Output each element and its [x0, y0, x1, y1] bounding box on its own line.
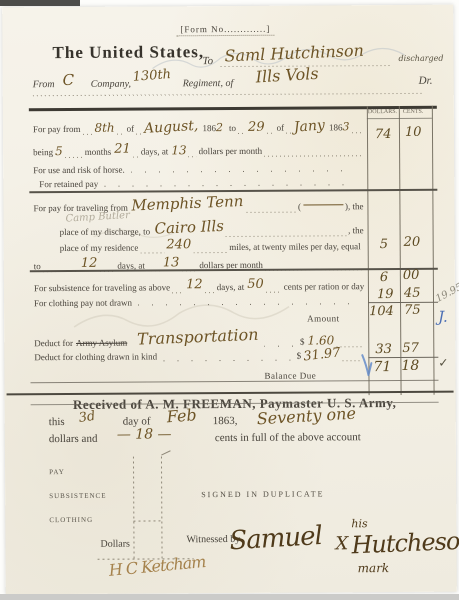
printed-text: being — [33, 147, 53, 157]
footer-dollars-label: Dollars — [100, 539, 130, 550]
struck-army-asylum: Army Asylum — [76, 338, 127, 348]
printed-text: For retained pay — [39, 179, 98, 189]
dotted-leader — [133, 150, 139, 158]
amount-pay-cents: 10 — [405, 125, 422, 140]
dotted-leader — [189, 149, 197, 157]
regiment-value: 130th — [132, 67, 171, 85]
signed-in-duplicate-label: Signed in Duplicate — [201, 489, 324, 499]
printed-text: of — [127, 124, 135, 134]
ledger-box-line-left — [133, 457, 135, 559]
payee-signature-last: Hutcheson — [351, 526, 459, 559]
this-label: this — [49, 416, 65, 428]
travel-line-2: place of my discharge, to Cairo Ills , t… — [60, 219, 364, 239]
handwritten-days: 12 — [186, 277, 203, 292]
handwritten-cents-rate: 50 — [247, 277, 264, 292]
dotted-leader — [205, 285, 215, 293]
dotted-leader — [351, 125, 361, 133]
amount-pay-dollars: 74 — [375, 127, 392, 142]
handwritten-month: Feb — [166, 405, 197, 426]
document-title: The United States, — [52, 42, 204, 63]
handwritten-miles: 240 — [166, 237, 191, 252]
amount-balance-cents: 18 — [401, 358, 419, 374]
printed-paren-open: ( — [298, 202, 301, 212]
cents-column-header: Cents. — [403, 109, 424, 115]
dotted-leader — [267, 126, 275, 134]
handwritten-rate: 13 — [171, 143, 186, 157]
amount-deductions-cents: 57 — [402, 341, 419, 356]
printed-text: dollars per month — [199, 146, 263, 156]
company-label: Company, — [91, 79, 131, 90]
footer-subsistence-label: Subsistence — [49, 492, 106, 500]
his-mark-mark: mark — [358, 561, 390, 575]
scan-artifact-top-bar — [0, 0, 80, 6]
handwritten-amount: 31.97 — [302, 345, 341, 364]
from-line-underline — [33, 93, 423, 96]
dollars-and-label: dollars and — [49, 433, 98, 445]
dotted-leader — [238, 126, 246, 134]
to-label: To — [203, 55, 214, 67]
dollar-sign: $ — [297, 351, 302, 361]
printed-text: For clothing pay not drawn — [34, 298, 132, 309]
handwritten-cents-value: — 18 — — [117, 426, 172, 442]
year-label: 1863, — [213, 415, 238, 427]
handwritten-transportation: Transportation — [137, 325, 259, 349]
pay-line-2: being 5 months 21 days, at 13 dollars pe… — [33, 142, 363, 159]
handwritten-travel-to: Cairo Ills — [154, 217, 224, 238]
subsistence-line-1: For subsistence for traveling as above 1… — [34, 278, 364, 295]
payee-signature-first: Samuel — [229, 521, 323, 556]
handwritten-dash — [303, 204, 343, 205]
title-line: The United States, — [52, 42, 204, 63]
regiment-label: Regiment, of — [183, 78, 234, 89]
printed-year-prefix: 186 — [202, 123, 216, 133]
printed-paren-close: ), the — [345, 201, 364, 211]
money-col-line-left — [367, 106, 370, 395]
printed-text: Deduct for clothing drawn in kind — [34, 351, 157, 362]
printed-text: of — [277, 123, 285, 133]
his-mark-x: X — [335, 533, 348, 554]
witness-signature: H C Ketcham — [108, 552, 206, 580]
amount-deductions-dollars: 33 — [375, 342, 392, 357]
handwritten-day: 3d — [78, 409, 97, 426]
spaced-dots — [265, 339, 294, 347]
form-number-label: [Form No.............] — [176, 24, 274, 37]
printed-text: days, at — [217, 282, 245, 292]
amount-travel-cents: 20 — [404, 235, 421, 250]
amount-subtotal-cents: 75 — [404, 303, 421, 318]
handwritten-month: August, — [144, 118, 199, 137]
printed-text: to — [229, 123, 236, 133]
deduct-clothing-line: Deduct for clothing drawn in kind $ 31.9… — [34, 347, 364, 364]
dotted-leader — [336, 339, 362, 347]
amount-clothing-dollars: 19 — [377, 287, 394, 302]
amount-subsistence-cents: 00 — [403, 268, 420, 283]
check-mark: ✓ — [438, 356, 448, 371]
blue-checkmark — [360, 353, 372, 377]
dotted-leader — [193, 245, 227, 253]
amount-clothing-cents: 45 — [404, 286, 421, 301]
travel-line-3: place of my residence 240 miles, at twen… — [60, 238, 364, 255]
balance-due-label: Balance Due — [264, 370, 316, 380]
handwritten-day2: 29 — [248, 120, 265, 135]
form-number: [Form No.............] — [150, 24, 300, 37]
amount-travel-dollars: 5 — [380, 237, 388, 252]
blue-auditor-mark: J. — [438, 308, 448, 326]
dotted-leader — [246, 205, 296, 213]
handwritten-rate: 13 — [163, 255, 180, 270]
money-col-line-mid — [399, 106, 402, 395]
horse-line: For use and risk of horse. — [33, 163, 358, 175]
amount-balance-dollars: 71 — [373, 359, 391, 375]
pencil-margin-note: 19.95 — [434, 282, 459, 305]
spaced-dots — [138, 296, 353, 305]
dotted-leader — [140, 245, 164, 253]
amount-subsistence-dollars: 6 — [380, 270, 388, 285]
printed-text: place of my residence — [60, 243, 139, 253]
subtotal-rule — [368, 302, 438, 303]
printed-text: days, at — [141, 146, 169, 156]
dollar-sign: $ — [300, 337, 305, 347]
payee-name-handwritten: Saml Hutchinson — [224, 41, 364, 66]
money-col-line-right — [432, 106, 435, 395]
ledger-box-line-right — [161, 456, 163, 558]
printed-text: For pay from — [33, 124, 81, 134]
footer-clothing-label: Clothing — [49, 516, 93, 524]
printed-text: , the — [348, 225, 364, 235]
from-label: From — [33, 79, 55, 90]
in-full-label: cents in full of the above account — [215, 431, 361, 444]
his-mark-his: his — [351, 517, 367, 530]
dotted-leader — [286, 126, 292, 134]
dotted-leader — [136, 127, 142, 135]
ledger-box-divider — [133, 520, 161, 521]
dollars-column-header: Dollars. — [368, 109, 397, 115]
printed-text: miles, at twenty miles per day, equal — [229, 241, 360, 252]
unit-value: Ills Vols — [255, 64, 319, 87]
money-header-underline — [367, 118, 432, 119]
spaced-dots — [104, 177, 352, 187]
retained-pay-line: For retained pay — [39, 177, 358, 189]
handwritten-month2: Jany — [294, 117, 326, 135]
paper-document: [Form No.............] The United States… — [2, 5, 457, 595]
handwritten-year-digit2: 3 — [342, 120, 349, 133]
discharged-label: discharged — [399, 54, 444, 63]
handwritten-day: 8th — [94, 121, 114, 135]
handwritten-year-digit: 2 — [216, 121, 223, 134]
printed-text: For use and risk of horse. — [33, 165, 125, 176]
amount-label: Amount — [307, 313, 340, 323]
ledger-box-tick — [161, 450, 170, 455]
pay-line-1: For pay from 8th of August, 186 2 to 29 … — [33, 118, 363, 136]
footer-pay-label: Pay — [49, 468, 65, 476]
handwritten-travel-from: Memphis Tenn — [132, 192, 245, 215]
printed-text: Deduct for — [34, 338, 73, 348]
dotted-leader — [172, 285, 184, 293]
company-value: C — [63, 71, 75, 89]
printed-text: cents per ration or day — [284, 281, 365, 291]
scan-artifact-bottom-strip — [0, 594, 459, 600]
printed-year-prefix: 186 — [329, 122, 343, 132]
dotted-leader — [65, 150, 83, 158]
spaced-dots — [131, 163, 353, 172]
handwritten-months: 5 — [55, 144, 63, 158]
pre-received-rule-1 — [31, 380, 439, 383]
dotted-leader — [264, 148, 361, 157]
dotted-leader — [82, 127, 92, 135]
dotted-leader — [226, 228, 347, 237]
clothing-pay-line: For clothing pay not drawn — [34, 296, 359, 308]
handwritten-days: 12 — [81, 256, 98, 271]
printed-text: place of my discharge, to — [60, 226, 151, 237]
amount-subtotal-dollars: 104 — [369, 304, 394, 319]
spaced-dots — [163, 353, 291, 362]
printed-text: months — [85, 147, 112, 157]
dotted-leader — [117, 127, 125, 135]
handwritten-days: 21 — [114, 142, 131, 157]
dr-label: Dr. — [419, 75, 433, 87]
dotted-leader — [266, 285, 282, 293]
printed-text: For subsistence for traveling as above — [34, 282, 170, 293]
